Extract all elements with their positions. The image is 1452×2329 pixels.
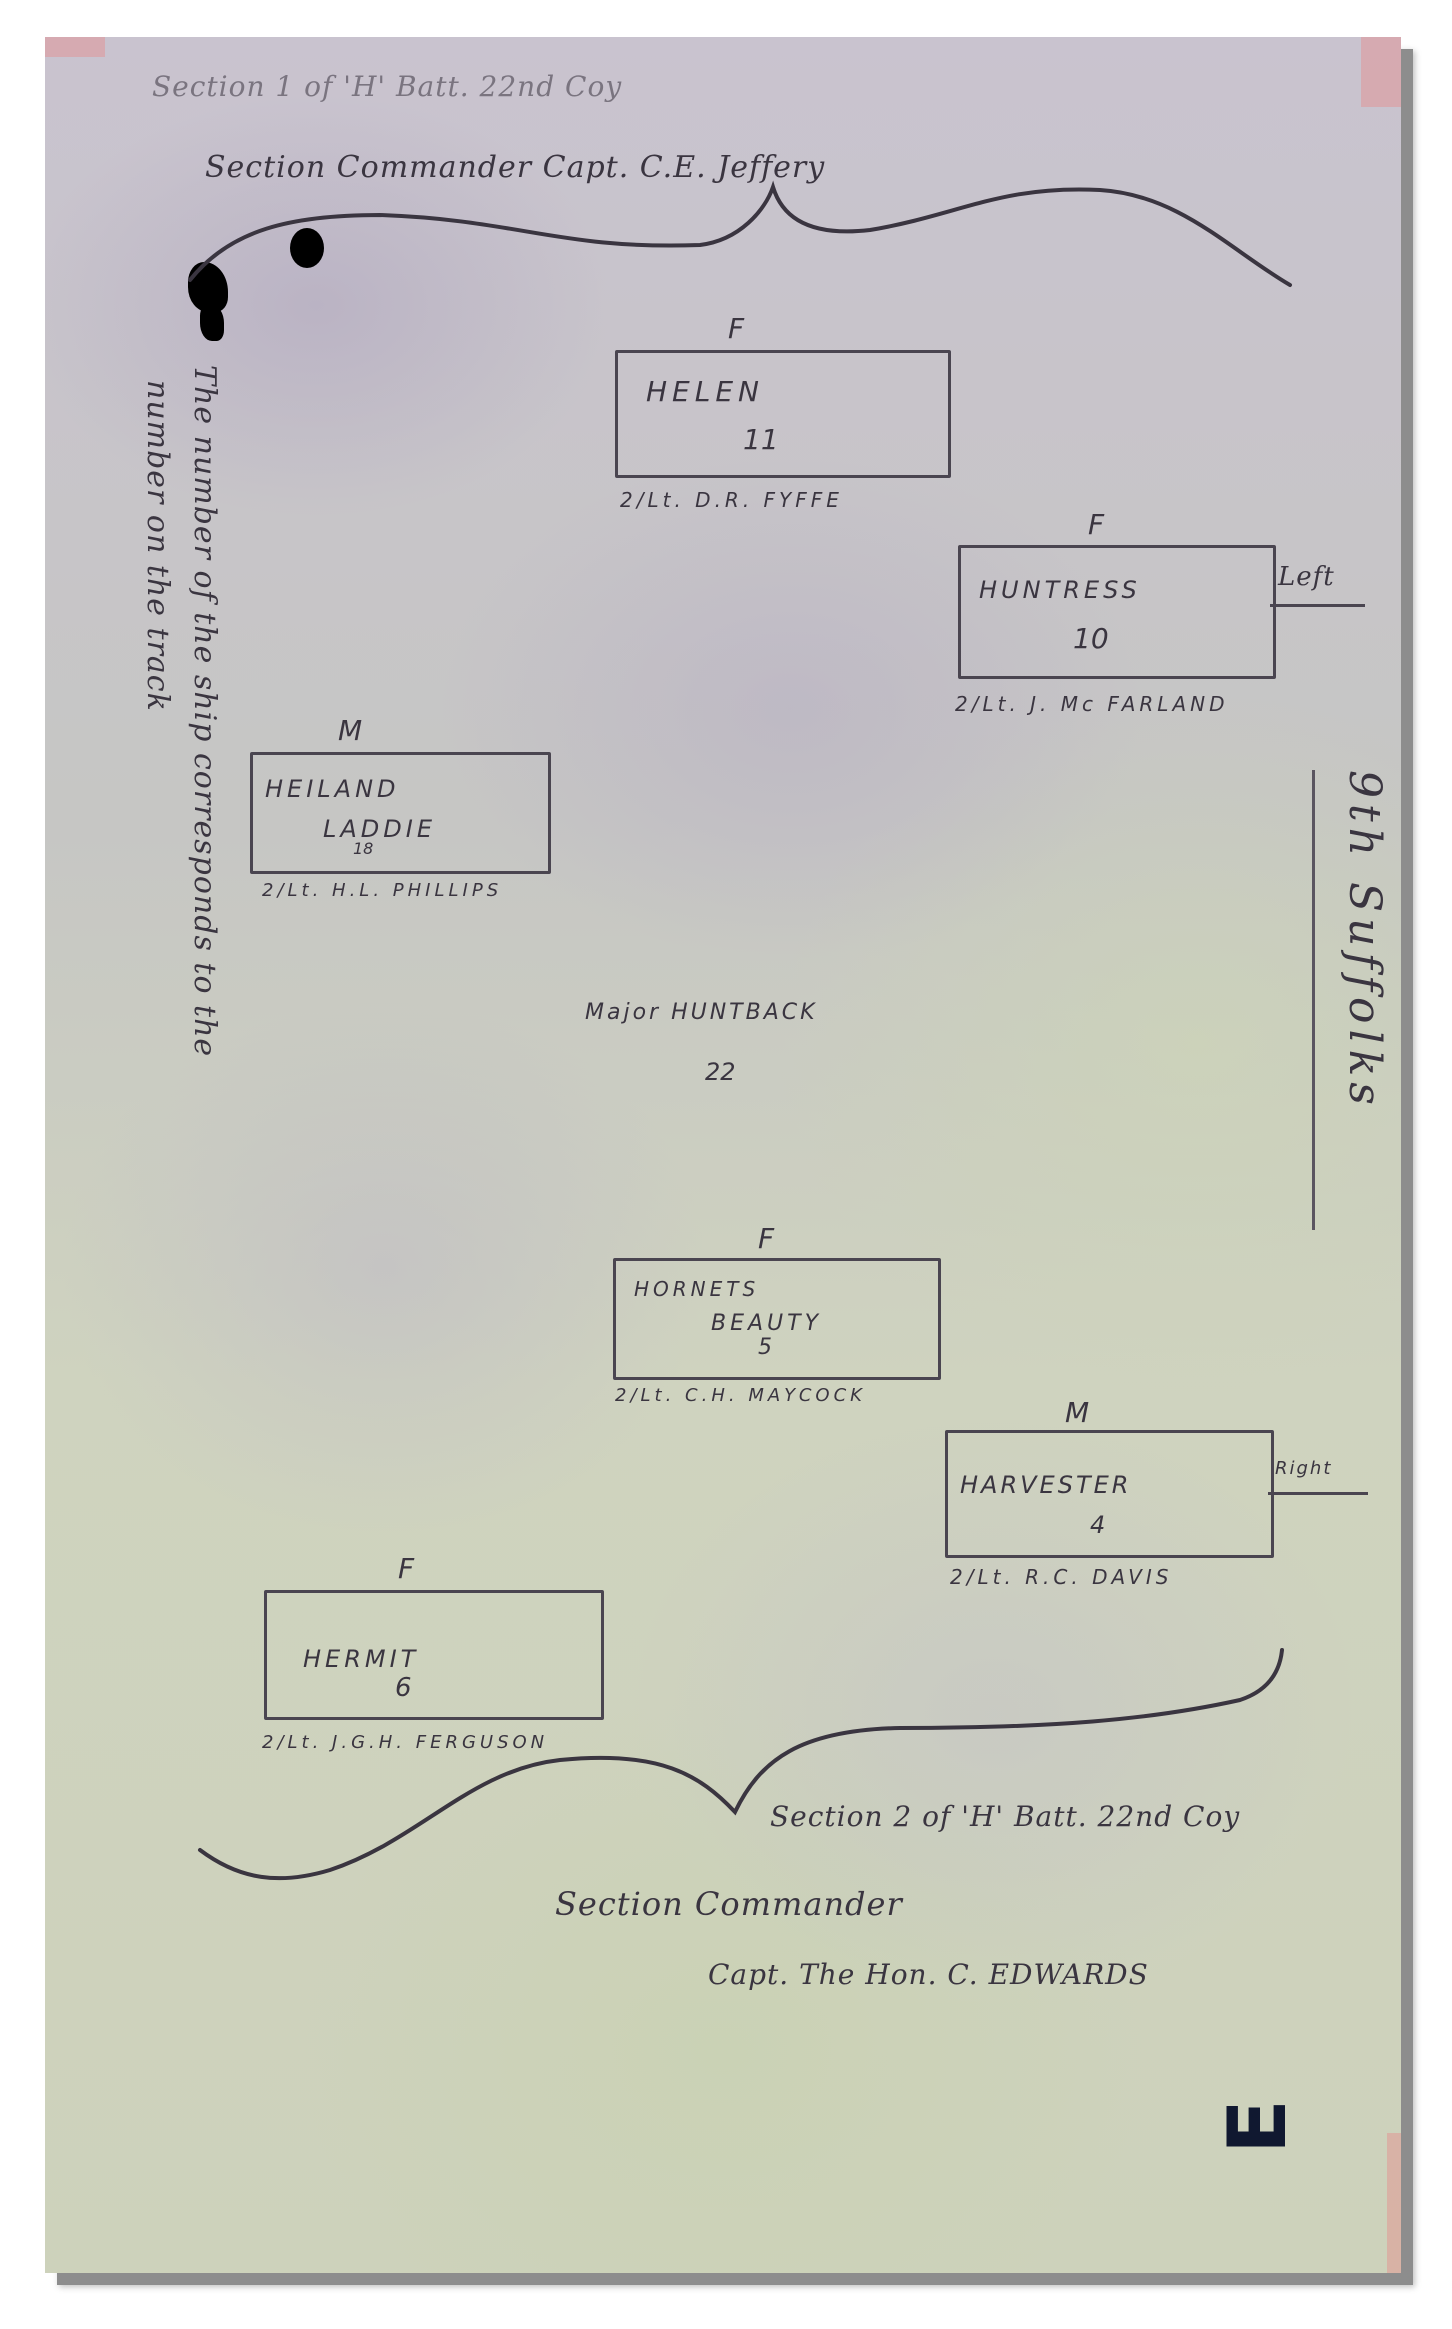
- flank-line-right: [1268, 1492, 1368, 1495]
- tank-sex-marker: F: [1088, 508, 1104, 541]
- flank-label-right: Right: [1275, 1458, 1332, 1479]
- flank-label-left: Left: [1278, 562, 1335, 592]
- tank-number: 11: [743, 423, 779, 456]
- tank-sex-marker: M: [1065, 1396, 1089, 1429]
- flank-line-left: [1270, 604, 1365, 607]
- tank-commander: 2/Lt. J. Mc FARLAND: [955, 692, 1228, 716]
- tank-sex-marker: M: [338, 714, 362, 747]
- tank-name-line-2: LADDIE: [323, 815, 436, 843]
- unit-label-right: 9th Suffolks: [1339, 770, 1390, 1111]
- tank-box-huntress: HUNTRESS 10: [958, 545, 1276, 679]
- tank-commander: 2/Lt. D.R. FYFFE: [620, 488, 843, 512]
- tank-sex-marker: F: [728, 312, 744, 345]
- tank-name-line-2: BEAUTY: [711, 1311, 822, 1336]
- footer-commander-label: Section Commander: [555, 1885, 903, 1923]
- tank-name-line-1: HORNETS: [634, 1277, 759, 1301]
- footer-commander-name: Capt. The Hon. C. EDWARDS: [708, 1958, 1149, 1991]
- tank-box-hermit: HERMIT 6: [264, 1590, 604, 1720]
- tank-number: 6: [395, 1673, 412, 1703]
- tank-number: 18: [353, 839, 373, 858]
- tank-sex-marker: F: [758, 1222, 774, 1255]
- corner-mark: E: [1211, 2099, 1304, 2154]
- top-brace: [190, 187, 1290, 285]
- tank-name: HELEN: [646, 375, 764, 408]
- tank-number: 5: [758, 1335, 772, 1360]
- footer-section-line: Section 2 of 'H' Batt. 22nd Coy: [770, 1800, 1240, 1833]
- tank-number: 4: [1090, 1511, 1105, 1539]
- tank-name: HUNTRESS: [979, 576, 1141, 604]
- tank-box-heiland-laddie: HEILAND LADDIE 18: [250, 752, 551, 874]
- tank-commander: 2/Lt. J.G.H. FERGUSON: [262, 1732, 548, 1753]
- tank-name: HARVESTER: [960, 1471, 1131, 1499]
- tank-box-helen: HELEN 11: [615, 350, 951, 478]
- tank-commander: 2/Lt. C.H. MAYCOCK: [615, 1385, 866, 1406]
- tank-name: HERMIT: [303, 1645, 419, 1673]
- side-note-line-2: number on the track: [140, 380, 175, 712]
- side-note-line-1: The number of the ship corresponds to th…: [187, 365, 222, 1057]
- tank-name-line-1: HEILAND: [265, 775, 400, 803]
- tank-commander: 2/Lt. R.C. DAVIS: [950, 1565, 1172, 1589]
- tank-box-harvester: HARVESTER 4: [945, 1430, 1274, 1558]
- tank-box-hornets-beauty: HORNETS BEAUTY 5: [613, 1258, 941, 1380]
- tank-commander: 2/Lt. H.L. PHILLIPS: [262, 880, 502, 901]
- tank-sex-marker: F: [398, 1552, 414, 1585]
- unit-label-rule: [1312, 770, 1315, 1230]
- major-name: Major HUNTBACK: [585, 1000, 818, 1025]
- major-number: 22: [705, 1058, 736, 1086]
- tank-number: 10: [1073, 622, 1109, 655]
